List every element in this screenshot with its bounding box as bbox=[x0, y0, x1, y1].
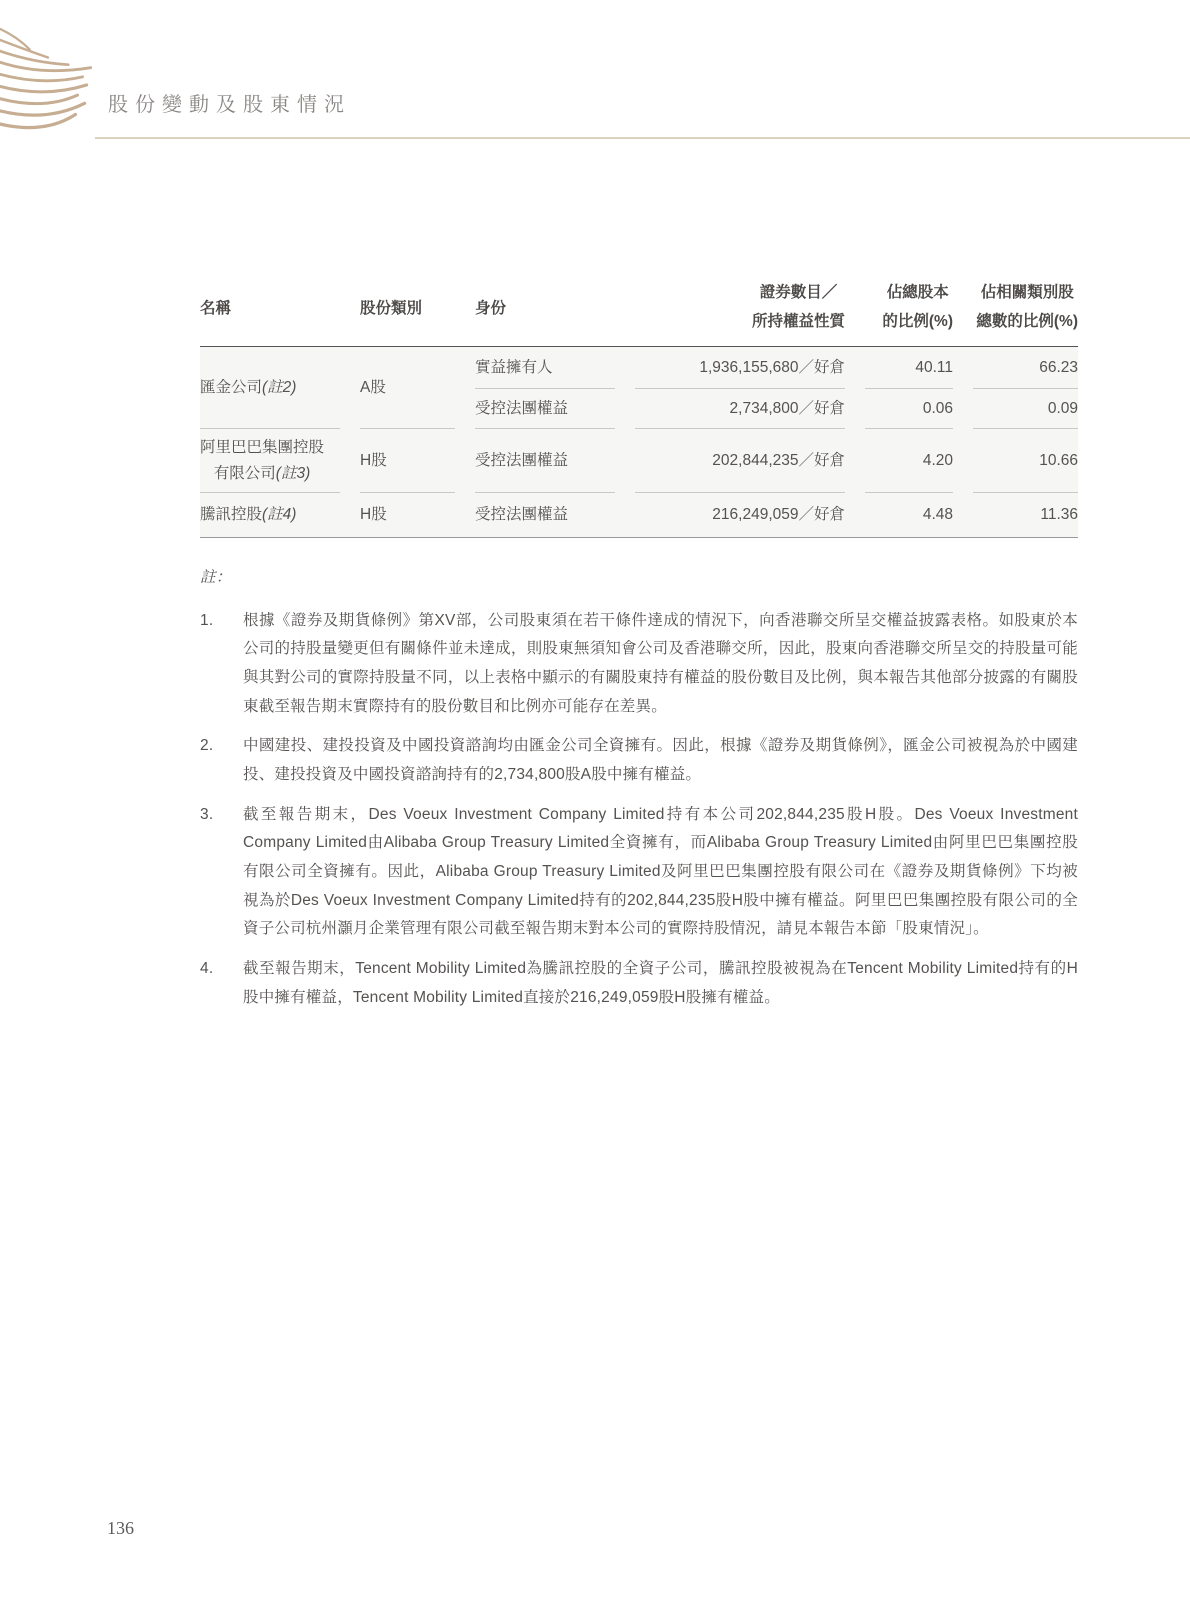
cell-pct-total-alibaba: 4.20 bbox=[865, 429, 953, 493]
cell-name-tencent: 騰訊控股(註4) bbox=[200, 493, 340, 537]
note-ref-3: (註3) bbox=[276, 465, 310, 482]
cell-securities-huijin-2: 2,734,800／好倉 bbox=[635, 389, 845, 429]
note-text: 中國建投、建投投資及中國投資諮詢均由匯金公司全資擁有。因此，根據《證券及期貨條例… bbox=[243, 732, 1078, 789]
shareholders-table-body: 匯金公司(註2) A股 實益擁有人 1,936,155,680／好倉 40.11… bbox=[200, 346, 1078, 538]
cell-share-class-huijin: A股 bbox=[360, 347, 455, 429]
notes-label: 註： bbox=[200, 564, 1078, 593]
cell-pct-class-huijin-2: 0.09 bbox=[973, 389, 1078, 429]
cell-name-alibaba: 阿里巴巴集團控股 有限公司(註3) bbox=[200, 429, 340, 493]
note-ref-2: (註2) bbox=[262, 379, 296, 396]
note-number: 1. bbox=[200, 607, 243, 722]
note-text: 根據《證券及期貨條例》第XV部，公司股東須在若干條件達成的情況下，向香港聯交所呈… bbox=[243, 607, 1078, 722]
cell-pct-class-alibaba: 10.66 bbox=[973, 429, 1078, 493]
cell-pct-total-tencent: 4.48 bbox=[865, 493, 953, 537]
cell-securities-tencent: 216,249,059／好倉 bbox=[635, 493, 845, 537]
column-header-securities: 證券數目／所持權益性質 bbox=[635, 278, 845, 337]
cell-securities-huijin-1: 1,936,155,680／好倉 bbox=[635, 347, 845, 389]
note-number: 2. bbox=[200, 732, 243, 789]
cell-capacity-controlled-corp-3: 受控法團權益 bbox=[475, 493, 615, 537]
cell-share-class-tencent: H股 bbox=[360, 493, 455, 537]
column-header-pct-class: 佔相關類別股總數的比例(%) bbox=[973, 278, 1078, 337]
note-ref-4: (註4) bbox=[262, 506, 296, 523]
note-text: 截至報告期末，Des Voeux Investment Company Limi… bbox=[243, 801, 1078, 944]
column-header-pct-total: 佔總股本的比例(%) bbox=[865, 278, 953, 337]
title-underline-rule bbox=[95, 137, 1190, 139]
main-content: 名稱 股份類別 身份 證券數目／所持權益性質 佔總股本的比例(%) 佔相關類別股… bbox=[200, 268, 1078, 1023]
cell-pct-class-tencent: 11.36 bbox=[973, 493, 1078, 537]
page-title: 股份變動及股東情況 bbox=[108, 88, 351, 117]
shareholders-table-header: 名稱 股份類別 身份 證券數目／所持權益性質 佔總股本的比例(%) 佔相關類別股… bbox=[200, 268, 1078, 346]
note-item-1: 1. 根據《證券及期貨條例》第XV部，公司股東須在若干條件達成的情況下，向香港聯… bbox=[200, 607, 1078, 722]
note-item-2: 2. 中國建投、建投投資及中國投資諮詢均由匯金公司全資擁有。因此，根據《證券及期… bbox=[200, 732, 1078, 789]
note-number: 4. bbox=[200, 955, 243, 1012]
cell-share-class-alibaba: H股 bbox=[360, 429, 455, 493]
column-header-share-class: 股份類別 bbox=[360, 296, 455, 318]
cell-name-huijin: 匯金公司(註2) bbox=[200, 347, 340, 429]
cell-pct-total-huijin-1: 40.11 bbox=[865, 347, 953, 389]
note-item-3: 3. 截至報告期末，Des Voeux Investment Company L… bbox=[200, 801, 1078, 944]
cell-capacity-beneficial-owner: 實益擁有人 bbox=[475, 347, 615, 389]
column-header-name: 名稱 bbox=[200, 296, 340, 318]
decorative-swoosh bbox=[0, 26, 100, 146]
note-number: 3. bbox=[200, 801, 243, 944]
cell-capacity-controlled-corp-2: 受控法團權益 bbox=[475, 429, 615, 493]
note-text: 截至報告期末，Tencent Mobility Limited為騰訊控股的全資子… bbox=[243, 955, 1078, 1012]
cell-securities-alibaba: 202,844,235／好倉 bbox=[635, 429, 845, 493]
note-item-4: 4. 截至報告期末，Tencent Mobility Limited為騰訊控股的… bbox=[200, 955, 1078, 1012]
column-header-capacity: 身份 bbox=[475, 296, 615, 318]
cell-capacity-controlled-corp-1: 受控法團權益 bbox=[475, 389, 615, 429]
notes-section: 註： 1. 根據《證券及期貨條例》第XV部，公司股東須在若干條件達成的情況下，向… bbox=[200, 564, 1078, 1012]
cell-pct-class-huijin-1: 66.23 bbox=[973, 347, 1078, 389]
cell-pct-total-huijin-2: 0.06 bbox=[865, 389, 953, 429]
page-number: 136 bbox=[107, 1518, 134, 1539]
